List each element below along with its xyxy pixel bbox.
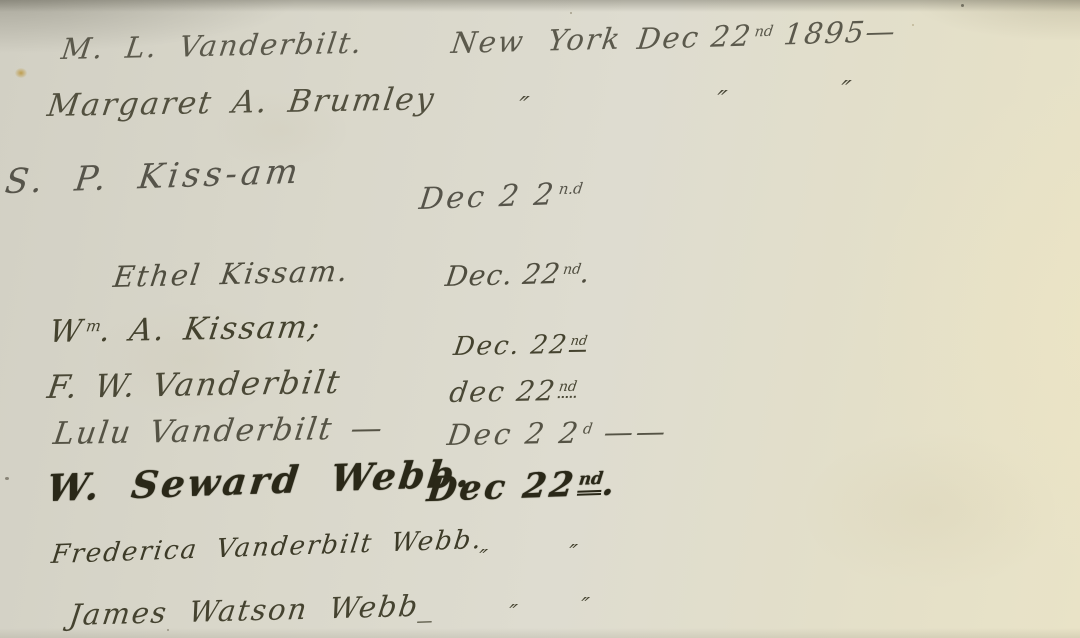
page-top-shadow xyxy=(0,0,1080,12)
entry-row: dec 22nd xyxy=(449,374,576,409)
signature-name: Ethel Kissam. xyxy=(111,254,351,294)
signature-name: F. W. Vanderbilt xyxy=(45,363,344,406)
signature-name: Frederica Vanderbilt Webb. xyxy=(50,525,485,570)
date-ordinal: nd xyxy=(557,379,578,398)
paper-warm-glow xyxy=(860,60,1080,580)
entry-row: M. L. Vanderbilt. xyxy=(61,26,363,66)
paper-speck xyxy=(961,4,964,7)
paper-speck xyxy=(912,24,914,26)
signature-date: Dec 2 2n.d xyxy=(417,176,584,217)
signature-name: S. P. Kiss-am xyxy=(3,152,304,203)
entry-row: New York xyxy=(451,22,622,60)
entry-row: S. P. Kiss-am xyxy=(5,152,303,202)
signature-date: Dec 2 2d —— xyxy=(445,414,670,452)
signature-name: Margaret A. Brumley xyxy=(45,81,438,124)
ditto-mark: ″ xyxy=(505,601,519,626)
ditto-mark: ″ xyxy=(515,92,531,122)
signature-date: Dec 22nd. xyxy=(425,463,620,510)
entry-row: W. Seward Webb. xyxy=(46,451,473,510)
entry-row: F. W. Vanderbilt xyxy=(47,363,341,406)
entry-row: Wm. A. Kissam; xyxy=(49,309,321,350)
entry-row: Dec. 22nd. xyxy=(445,256,591,293)
paper-stain xyxy=(800,430,1060,590)
signature-name: M. L. Vanderbilt. xyxy=(59,26,365,66)
paper-speck xyxy=(570,12,572,14)
entry-row: Lulu Vanderbilt — xyxy=(53,410,384,452)
ditto-mark: ″ xyxy=(713,86,729,116)
signature-date: Dec. 22nd. xyxy=(443,256,592,293)
ditto-mark: ″ xyxy=(577,594,591,619)
entry-row: Dec 2 2n.d xyxy=(419,176,583,217)
guestbook-page: M. L. Vanderbilt. New York Dec 22nd 1895… xyxy=(0,0,1080,638)
entry-row: Dec 22nd. xyxy=(427,463,618,510)
entry-row: Margaret A. Brumley xyxy=(47,81,435,124)
paper-speck xyxy=(5,477,9,480)
page-corner-shadow-right xyxy=(920,0,1080,40)
ditto-mark: ″ xyxy=(565,541,579,566)
entry-row: Dec 2 2d —— xyxy=(447,414,668,452)
signature-place: New York xyxy=(449,21,624,60)
signature-date: Dec. 22nd xyxy=(452,330,589,362)
entry-row: Ethel Kissam. xyxy=(113,254,350,294)
entry-row: Dec. 22nd xyxy=(453,330,587,362)
signature-date: Dec 22nd 1895— xyxy=(635,14,899,56)
entry-row: Dec 22nd 1895— xyxy=(637,14,897,56)
signature-name: W. Seward Webb. xyxy=(45,451,476,510)
foxing-spot xyxy=(15,68,27,78)
entry-row: James Watson Webb_ xyxy=(69,588,436,632)
date-ordinal: nd xyxy=(569,333,588,351)
signature-name: Wm. A. Kissam; xyxy=(47,309,324,350)
date-ordinal: n.d xyxy=(558,180,584,199)
signature-name: Lulu Vanderbilt — xyxy=(51,410,386,452)
signature-name: James Watson Webb_ xyxy=(67,588,438,632)
entry-row: Frederica Vanderbilt Webb. xyxy=(51,525,483,570)
ditto-mark: ″ xyxy=(837,76,853,106)
signature-date: dec 22nd xyxy=(447,374,578,409)
